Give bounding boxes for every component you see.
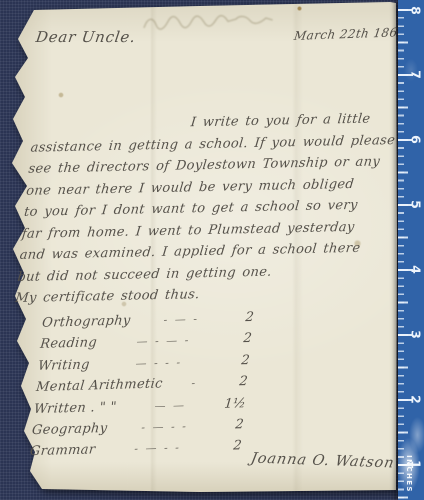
certificate-list: Orthography - — - 2 Reading — - — - 2 Wr… xyxy=(29,307,255,463)
ruler-number: 2 xyxy=(409,392,424,408)
certificate-subject: Grammar xyxy=(29,440,96,463)
ruler-number: 4 xyxy=(409,262,424,278)
certificate-score: 2 xyxy=(229,328,253,350)
certificate-score: 2 xyxy=(225,371,249,393)
certificate-dashes: - — - xyxy=(130,307,234,331)
ruler-number: 7 xyxy=(409,67,424,83)
certificate-score: 2 xyxy=(231,307,255,329)
certificate-subject: Written . " " xyxy=(33,396,118,420)
ruler-number: 8 xyxy=(409,3,424,19)
certificate-dashes: - — - - xyxy=(94,436,221,461)
ruler-unit-label: INCHES xyxy=(405,453,413,495)
ruler-number: 6 xyxy=(409,132,424,148)
certificate-subject: Writing xyxy=(37,354,91,377)
certificate-score: 2 xyxy=(219,436,243,458)
certificate-score: 2 xyxy=(221,414,245,436)
letter-body: I write to you for a little assistance i… xyxy=(14,108,398,310)
ruler-number: 5 xyxy=(409,197,424,213)
letter-greeting: Dear Uncle. xyxy=(35,28,137,46)
ruler: 8 7 6 5 4 3 2 1 INCHES xyxy=(398,0,424,500)
certificate-score: 2 xyxy=(227,350,251,372)
certificate-subject: Geography xyxy=(31,418,108,442)
photo-background: Dear Uncle. March 22th 1860 I write to y… xyxy=(0,0,424,500)
certificate-subject: Reading xyxy=(39,333,98,356)
certificate-score: 1½ xyxy=(223,393,247,415)
certificate-dashes: — — xyxy=(116,393,225,417)
ruler-number: 3 xyxy=(409,327,424,343)
certificate-subject: Orthography xyxy=(41,310,131,334)
certificate-dashes: - xyxy=(162,372,227,395)
